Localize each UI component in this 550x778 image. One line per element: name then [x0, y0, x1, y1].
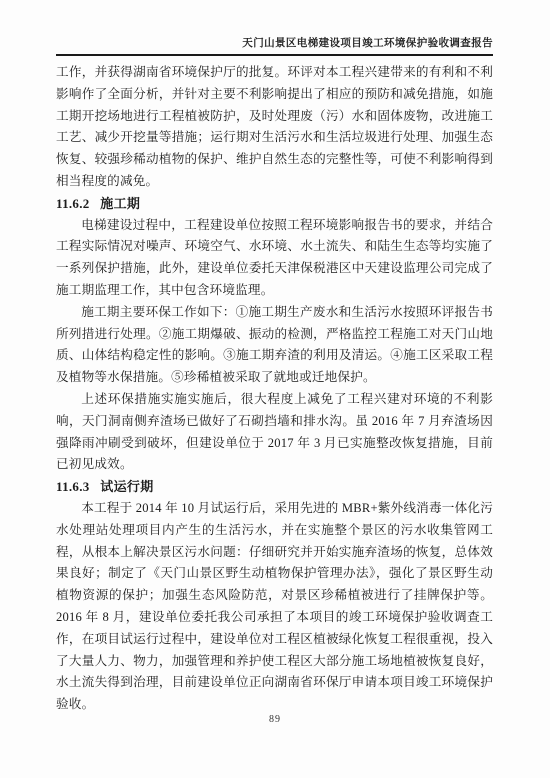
document-body: 工作，并获得湖南省环境保护厅的批复。环评对本工程兴建带来的有利和不利影响作了全面…	[56, 62, 493, 716]
document-page: 天门山景区电梯建设项目竣工环境保护验收调查报告 工作，并获得湖南省环境保护厅的批…	[0, 0, 550, 778]
paragraph-intro-continuation: 工作，并获得湖南省环境保护厅的批复。环评对本工程兴建带来的有利和不利影响作了全面…	[56, 62, 493, 193]
section-number: 11.6.3	[56, 479, 90, 494]
section-heading-trial-period: 11.6.3 试运行期	[56, 476, 493, 498]
paragraph-construction-1: 电梯建设过程中，工程建设单位按照工程环境影响报告书的要求，并结合工程实际情况对噪…	[56, 215, 493, 302]
running-header-title: 天门山景区电梯建设项目竣工环境保护验收调查报告	[242, 38, 493, 49]
section-title: 施工期	[100, 196, 140, 211]
paragraph-construction-2: 施工期主要环保工作如下：①施工期生产废水和生活污水按照环评报告书所列措进行处理。…	[56, 302, 493, 389]
page-header: 天门山景区电梯建设项目竣工环境保护验收调查报告	[56, 37, 493, 56]
section-number: 11.6.2	[56, 196, 90, 211]
section-title: 试运行期	[100, 479, 153, 494]
page-footer: 89	[0, 714, 550, 725]
paragraph-trial-1: 本工程于 2014 年 10 月试运行后，采用先进的 MBR+紫外线消毒一体化污…	[56, 498, 493, 716]
section-heading-construction-period: 11.6.2 施工期	[56, 193, 493, 215]
page-number: 89	[269, 714, 281, 725]
paragraph-construction-3: 上述环保措施实施实施后，很大程度上减免了工程兴建对环境的不利影响，天门洞南侧弃渣…	[56, 389, 493, 476]
